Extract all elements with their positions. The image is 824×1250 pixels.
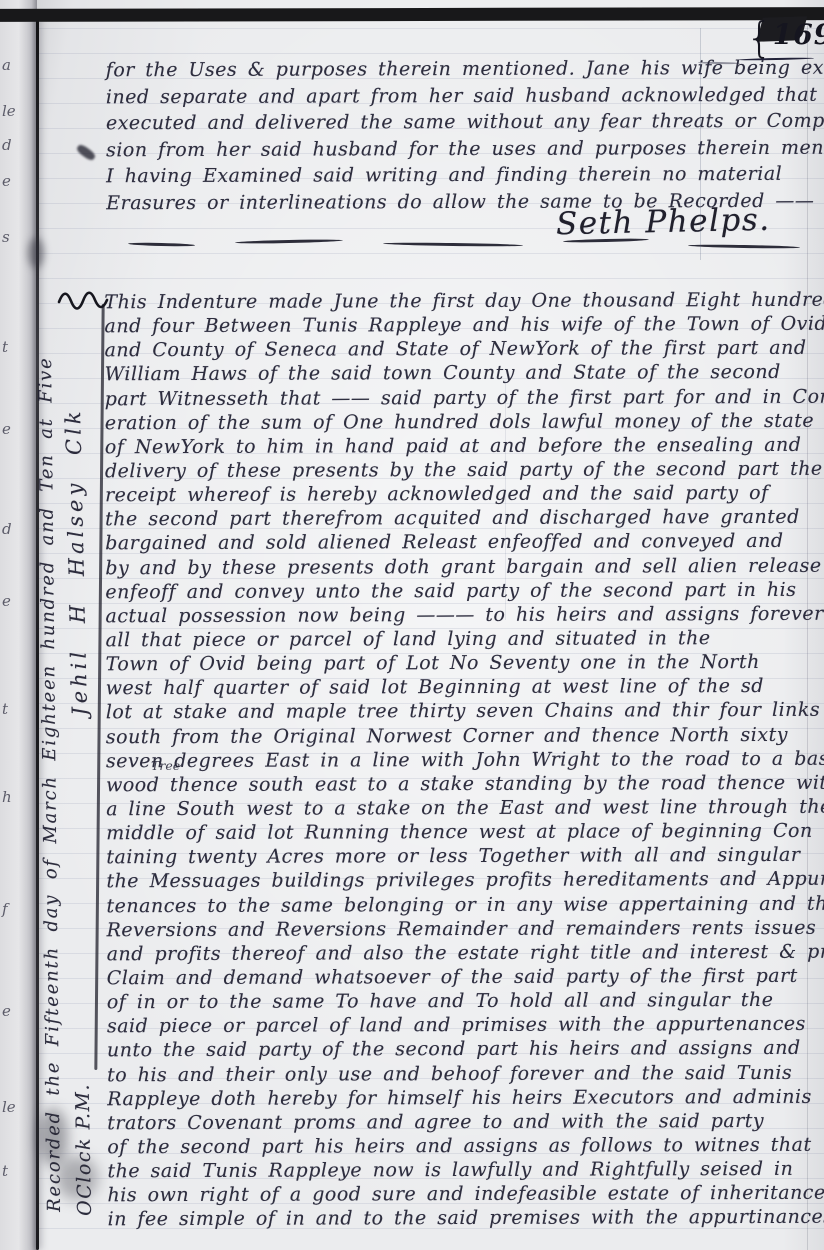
edge-text-fragment: e bbox=[2, 172, 11, 190]
handwritten-text-line: the said Tunis Rappleye now is lawfully … bbox=[107, 1158, 817, 1185]
handwritten-text-line: and County of Seneca and State of NewYor… bbox=[105, 337, 815, 364]
handwritten-text-line: tenances to the same belonging or in any… bbox=[106, 892, 816, 919]
handwritten-text-line: west half quarter of said lot Beginning … bbox=[106, 675, 816, 702]
edge-text-fragment: t bbox=[2, 338, 8, 356]
handwritten-text-line: part Witnesseth that —— said party of th… bbox=[105, 385, 815, 412]
handwritten-text-line: Rappleye doth hereby for himself his hei… bbox=[107, 1085, 817, 1112]
acknowledgment-paragraph: for the Uses & purposes therein mentione… bbox=[106, 57, 813, 218]
handwritten-text-line: seven degrees East in a line with John W… bbox=[106, 747, 816, 774]
edge-text-fragment: le bbox=[2, 102, 16, 120]
handwritten-text-line: said piece or parcel of land and primise… bbox=[107, 1013, 817, 1040]
clerk-signature-seth-phelps: Seth Phelps. bbox=[556, 202, 771, 242]
scan-smudge bbox=[56, 1156, 98, 1200]
scan-top-edge bbox=[0, 7, 824, 22]
handwritten-text-line: of the second part his heirs and assigns… bbox=[107, 1134, 817, 1161]
handwritten-text-line: actual possession now being ——— to his h… bbox=[105, 603, 815, 630]
scan-smudge bbox=[28, 238, 44, 268]
scan-fold-line bbox=[700, 28, 701, 260]
edge-text-fragment: t bbox=[2, 1162, 8, 1180]
handwritten-text-line: his own right of a good sure and indefea… bbox=[107, 1182, 817, 1209]
handwritten-text-line: William Haws of the said town County and… bbox=[105, 361, 815, 388]
edge-text-fragment: e bbox=[2, 592, 11, 610]
page-number: {169 bbox=[746, 18, 824, 58]
handwritten-text-line: sion from her said husband for the uses … bbox=[106, 136, 812, 165]
handwritten-text-line: middle of said lot Running thence west a… bbox=[106, 820, 816, 847]
edge-text-fragment: a bbox=[2, 56, 11, 74]
edge-text-fragment: le bbox=[2, 1098, 16, 1116]
handwritten-text-line: by and by these presents doth grant barg… bbox=[105, 554, 815, 581]
handwritten-text-line: ined separate and apart from her said hu… bbox=[106, 83, 812, 112]
handwritten-text-line: Town of Ovid being part of Lot No Sevent… bbox=[106, 651, 816, 678]
handwritten-text-line: and four Between Tunis Rappleye and his … bbox=[104, 313, 814, 340]
handwritten-text-line: to his and their only use and behoof for… bbox=[107, 1061, 817, 1088]
handwritten-text-line: taining twenty Acres more or less Togeth… bbox=[106, 844, 816, 871]
handwritten-text-line: and profits thereof and also the estate … bbox=[107, 941, 817, 968]
scanned-deed-page: aledestedethfelet {169 for the Uses & pu… bbox=[0, 0, 824, 1250]
handwritten-text-line: all that piece or parcel of land lying a… bbox=[106, 627, 816, 654]
handwritten-text-line: the Messuages buildings privileges profi… bbox=[106, 868, 816, 895]
handwritten-text-line: Claim and demand whatsoever of the said … bbox=[107, 965, 817, 992]
handwritten-text-line: of NewYork to him in hand paid at and be… bbox=[105, 434, 815, 461]
handwritten-text-line: of in or to the same To have and To hold… bbox=[107, 989, 817, 1016]
scan-smudge bbox=[38, 1108, 68, 1166]
handwritten-text-line: wood thence south east to a stake standi… bbox=[106, 772, 816, 799]
edge-text-fragment: s bbox=[2, 228, 10, 246]
edge-text-fragment: d bbox=[2, 136, 12, 154]
handwritten-text-line: unto the said party of the second part h… bbox=[107, 1037, 817, 1064]
handwritten-text-line: delivery of these presents by the said p… bbox=[105, 458, 815, 485]
handwritten-text-line: south from the Original Norwest Corner a… bbox=[106, 723, 816, 750]
edge-text-fragment: e bbox=[2, 1002, 11, 1020]
handwritten-text-line: eration of the sum of One hundred dols l… bbox=[105, 409, 815, 436]
adjacent-page-edge: aledestedethfelet bbox=[0, 0, 37, 1250]
page-right-edge-line bbox=[807, 24, 808, 1250]
margin-flourish-squiggle bbox=[56, 278, 114, 310]
handwritten-text-line: executed and delivered the same without … bbox=[106, 110, 812, 139]
handwritten-text-line: enfeoff and convey unto the said party o… bbox=[105, 578, 815, 605]
indenture-paragraph: This Indenture made June the first day O… bbox=[104, 289, 817, 1233]
edge-text-fragment: h bbox=[2, 788, 12, 806]
edge-text-fragment: d bbox=[2, 520, 12, 538]
handwritten-text-line: Reversions and Reversions Remainder and … bbox=[107, 916, 817, 943]
page-number-value: 169 bbox=[773, 18, 824, 51]
edge-text-fragment: f bbox=[2, 900, 8, 918]
handwritten-text-line: in fee simple of in and to the said prem… bbox=[108, 1206, 818, 1233]
handwritten-text-line: bargained and sold aliened Releast enfeo… bbox=[105, 530, 815, 557]
handwritten-text-line: for the Uses & purposes therein mentione… bbox=[106, 57, 812, 86]
handwritten-text-line: trators Covenant proms and agree to and … bbox=[107, 1110, 817, 1137]
handwritten-text-line: lot at stake and maple tree thirty seven… bbox=[106, 699, 816, 726]
interlined-insert-word: Tree bbox=[151, 758, 180, 773]
edge-text-fragment: e bbox=[2, 420, 11, 438]
scan-fold-line bbox=[505, 380, 506, 620]
handwritten-text-line: I having Examined said writing and findi… bbox=[106, 163, 812, 192]
handwritten-text-line: the second part therefrom acquited and d… bbox=[105, 506, 815, 533]
handwritten-text-line: receipt whereof is hereby acknowledged a… bbox=[105, 482, 815, 509]
edge-text-fragment: t bbox=[2, 700, 8, 718]
handwritten-text-line: This Indenture made June the first day O… bbox=[104, 289, 814, 316]
page-number-brace: { bbox=[746, 13, 773, 62]
handwritten-text-line: a line South west to a stake on the East… bbox=[106, 796, 816, 823]
